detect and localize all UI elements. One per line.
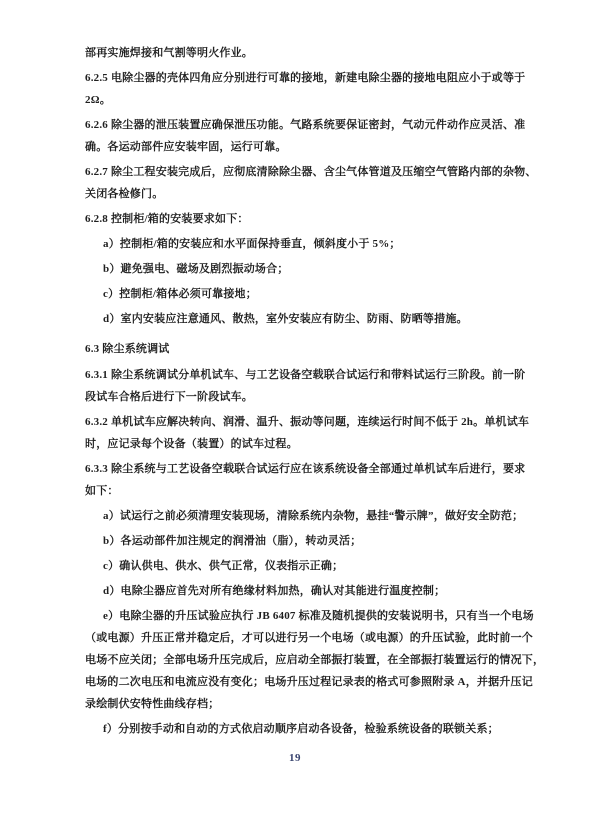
paragraph: 部再实施焊接和气割等明火作业。 [85, 42, 525, 64]
text-line: 关闭各检修门。 [85, 183, 525, 205]
text-line: 如下： [85, 480, 525, 502]
text-line: 6.2.7 除尘工程安装完成后，应彻底清除除尘器、含尘气体管道及压缩空气管路内部… [85, 161, 525, 183]
paragraph: 6.3.2 单机试车应解决转向、润滑、温升、振动等问题，连续运行时间不低于 2h… [85, 411, 525, 455]
text-line: f）分别按手动和自动的方式依启动顺序启动各设备，检验系统设备的联锁关系； [85, 718, 525, 740]
text-line: 时，应记录每个设备（装置）的试车过程。 [85, 433, 525, 455]
text-line: 6.3.1 除尘系统调试分单机试车、与工艺设备空载联合试运行和带料试运行三阶段。… [85, 364, 525, 386]
text-line: 录绘制伏安特性曲线存档； [85, 693, 525, 715]
paragraph: 6.2.6 除尘器的泄压装置应确保泄压功能。气路系统要保证密封，气动元件动作应灵… [85, 114, 525, 158]
text-line: 确。各运动部件应安装牢固，运行可靠。 [85, 136, 525, 158]
list-item: f）分别按手动和自动的方式依启动顺序启动各设备，检验系统设备的联锁关系； [85, 718, 525, 740]
text-line: a）控制柜/箱的安装应和水平面保持垂直，倾斜度小于 5%； [85, 233, 525, 255]
list-item: c）确认供电、供水、供气正常，仪表指示正确； [85, 555, 525, 577]
list-item: a）控制柜/箱的安装应和水平面保持垂直，倾斜度小于 5%； [85, 233, 525, 255]
page-number: 19 [289, 752, 301, 764]
paragraph: 6.3.3 除尘系统与工艺设备空载联合试运行应在该系统设备全部通过单机试车后进行… [85, 458, 525, 502]
text-line: （或电源）升压正常并稳定后，才可以进行另一个电场（或电源）的升压试验，此时前一个 [85, 627, 525, 649]
text-line: 部再实施焊接和气割等明火作业。 [85, 42, 525, 64]
text-line: d）室内安装应注意通风、散热，室外安装应有防尘、防雨、防晒等措施。 [85, 308, 525, 330]
text-line: 段试车合格后进行下一阶段试车。 [85, 386, 525, 408]
text-line: 6.2.5 电除尘器的壳体四角应分别进行可靠的接地，新建电除尘器的接地电阻应小于… [85, 67, 525, 89]
text-line: 2Ω。 [85, 89, 525, 111]
text-line: 电场不应关闭；全部电场升压完成后，应启动全部振打装置，在全部振打装置运行的情况下… [85, 649, 525, 671]
text-line: c）确认供电、供水、供气正常，仪表指示正确； [85, 555, 525, 577]
document-page: 部再实施焊接和气割等明火作业。6.2.5 电除尘器的壳体四角应分别进行可靠的接地… [0, 0, 590, 813]
text-line: 6.2.8 控制柜/箱的安装要求如下： [85, 208, 525, 230]
text-line: e）电除尘器的升压试验应执行 JB 6407 标准及随机提供的安装说明书，只有当… [85, 605, 525, 627]
list-item: d）室内安装应注意通风、散热，室外安装应有防尘、防雨、防晒等措施。 [85, 308, 525, 330]
list-item: a）试运行之前必须清理安装现场，清除系统内杂物，悬挂“警示牌”，做好安全防范； [85, 505, 525, 527]
paragraph: 6.3.1 除尘系统调试分单机试车、与工艺设备空载联合试运行和带料试运行三阶段。… [85, 364, 525, 408]
list-item: e）电除尘器的升压试验应执行 JB 6407 标准及随机提供的安装说明书，只有当… [85, 605, 525, 715]
paragraph: 6.2.8 控制柜/箱的安装要求如下： [85, 208, 525, 230]
text-line: 6.3 除尘系统调试 [85, 338, 525, 360]
list-item: d）电除尘器应首先对所有绝缘材料加热，确认对其能进行温度控制； [85, 580, 525, 602]
text-line: 6.3.2 单机试车应解决转向、润滑、温升、振动等问题，连续运行时间不低于 2h… [85, 411, 525, 433]
text-line: b）各运动部件加注规定的润滑油（脂），转动灵活； [85, 530, 525, 552]
list-item: b）避免强电、磁场及剧烈振动场合； [85, 258, 525, 280]
text-line: b）避免强电、磁场及剧烈振动场合； [85, 258, 525, 280]
text-line: c）控制柜/箱体必须可靠接地； [85, 283, 525, 305]
document-content: 部再实施焊接和气割等明火作业。6.2.5 电除尘器的壳体四角应分别进行可靠的接地… [85, 42, 525, 743]
text-line: a）试运行之前必须清理安装现场，清除系统内杂物，悬挂“警示牌”，做好安全防范； [85, 505, 525, 527]
text-line: 6.2.6 除尘器的泄压装置应确保泄压功能。气路系统要保证密封，气动元件动作应灵… [85, 114, 525, 136]
list-item: b）各运动部件加注规定的润滑油（脂），转动灵活； [85, 530, 525, 552]
paragraph: 6.2.7 除尘工程安装完成后，应彻底清除除尘器、含尘气体管道及压缩空气管路内部… [85, 161, 525, 205]
list-item: c）控制柜/箱体必须可靠接地； [85, 283, 525, 305]
text-line: 6.3.3 除尘系统与工艺设备空载联合试运行应在该系统设备全部通过单机试车后进行… [85, 458, 525, 480]
paragraph: 6.2.5 电除尘器的壳体四角应分别进行可靠的接地，新建电除尘器的接地电阻应小于… [85, 67, 525, 111]
text-line: 电场的二次电压和电流应没有变化；电场升压过程记录表的格式可参照附录 A，并据升压… [85, 671, 525, 693]
text-line: d）电除尘器应首先对所有绝缘材料加热，确认对其能进行温度控制； [85, 580, 525, 602]
page-footer: 19 [0, 748, 590, 766]
section-heading: 6.3 除尘系统调试 [85, 338, 525, 360]
